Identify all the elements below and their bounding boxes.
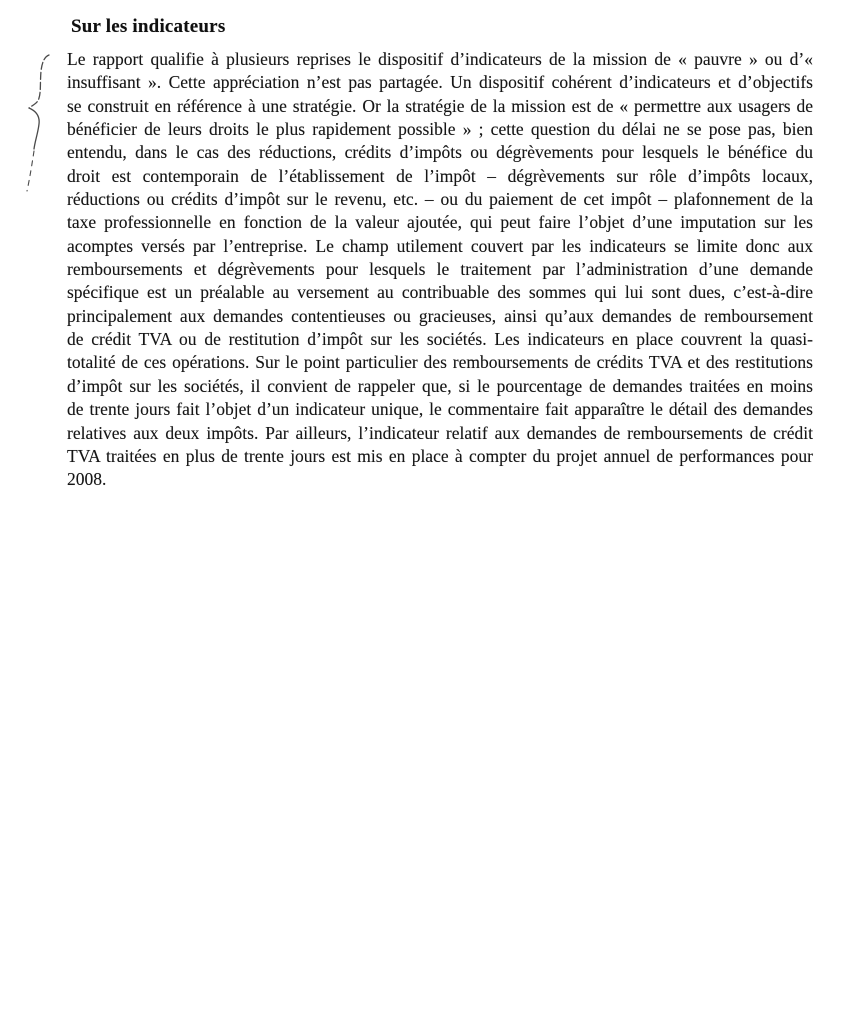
section-heading: Sur les indicateurs bbox=[71, 16, 225, 38]
document-page: Sur les indicateurs Le rapport qualifie … bbox=[0, 0, 847, 1023]
handwritten-brace-annotation bbox=[22, 52, 58, 197]
body-paragraph: Le rapport qualifie à plusieurs reprises… bbox=[67, 48, 813, 492]
